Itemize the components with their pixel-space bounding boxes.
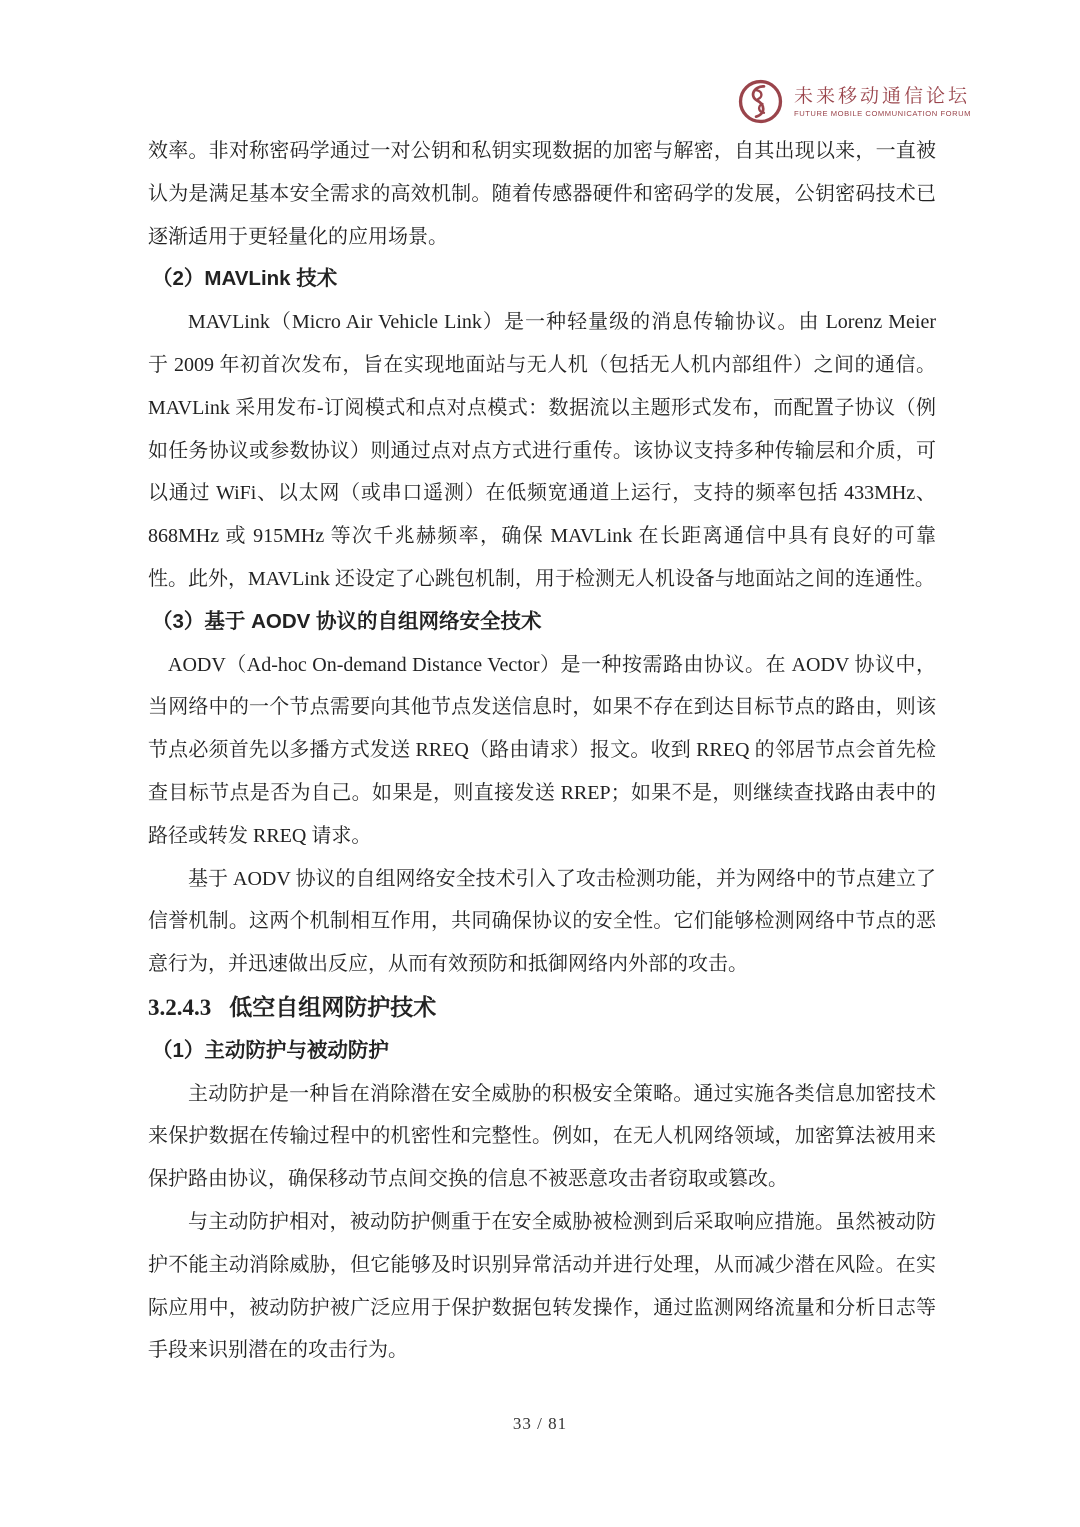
forum-logo-subtitle-en: FUTURE MOBILE COMMUNICATION FORUM: [794, 109, 971, 119]
forum-logo-title-cn: 未来移动通信论坛: [794, 85, 971, 107]
section-number: 3.2.4.3: [148, 995, 211, 1020]
heading-active-passive-defense: （1）主动防护与被动防护: [148, 1030, 936, 1073]
page-number: 33 / 81: [0, 1412, 1080, 1436]
heading-mavlink: （2）MAVLink 技术: [148, 258, 936, 301]
section-title: 低空自组网防护技术: [229, 994, 436, 1020]
paragraph-mavlink: MAVLink（Micro Air Vehicle Link）是一种轻量级的消息…: [148, 301, 936, 601]
paragraph-passive-defense: 与主动防护相对，被动防护侧重于在安全威胁被检测到后采取响应措施。虽然被动防护不能…: [148, 1201, 936, 1372]
forum-logo-text: 未来移动通信论坛 FUTURE MOBILE COMMUNICATION FOR…: [794, 85, 971, 119]
forum-logo-icon: [737, 78, 784, 125]
heading-aodv: （3）基于 AODV 协议的自组网络安全技术: [148, 601, 936, 644]
paragraph-aodv-protocol: AODV（Ad-hoc On-demand Distance Vector）是一…: [148, 644, 936, 858]
document-page: 未来移动通信论坛 FUTURE MOBILE COMMUNICATION FOR…: [0, 0, 1080, 1527]
document-body: 效率。非对称密码学通过一对公钥和私钥实现数据的加密与解密，自其出现以来，一直被认…: [148, 130, 936, 1372]
forum-logo: 未来移动通信论坛 FUTURE MOBILE COMMUNICATION FOR…: [737, 78, 971, 125]
paragraph-active-defense: 主动防护是一种旨在消除潜在安全威胁的积极安全策略。通过实施各类信息加密技术来保护…: [148, 1073, 936, 1201]
heading-section-3243: 3.2.4.3低空自组网防护技术: [148, 986, 936, 1030]
paragraph-asymmetric-crypto: 效率。非对称密码学通过一对公钥和私钥实现数据的加密与解密，自其出现以来，一直被认…: [148, 130, 936, 258]
paragraph-aodv-security: 基于 AODV 协议的自组网络安全技术引入了攻击检测功能，并为网络中的节点建立了…: [148, 858, 936, 986]
